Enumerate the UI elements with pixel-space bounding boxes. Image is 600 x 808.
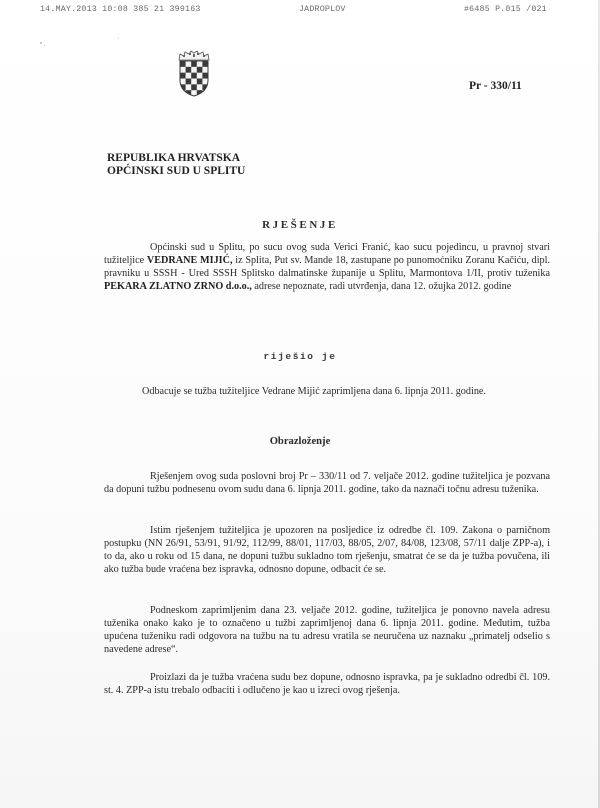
defendant-name: PEKARA ZLATNO ZRNO d.o.o., xyxy=(104,281,252,292)
reasoning-paragraph-text: Rješenjem ovog suda poslovni broj Pr – 3… xyxy=(104,471,550,495)
fax-page-info: #6485 P.015 /021 xyxy=(464,5,547,14)
reasoning-paragraph-text: Proizlazi da je tužba vraćena sudu bez d… xyxy=(104,672,550,696)
scanned-document-page: 14.MAY.2013 10:08 385 21 399163 JADROPLO… xyxy=(0,0,600,808)
verdict-text: Odbacuje se tužba tužiteljice Vedrane Mi… xyxy=(142,386,486,397)
court-name: OPĆINSKI SUD U SPLITU xyxy=(107,165,245,178)
fax-header: 14.MAY.2013 10:08 385 21 399163 JADROPLO… xyxy=(0,3,600,17)
court-heading: REPUBLIKA HRVATSKA OPĆINSKI SUD U SPLITU xyxy=(107,152,245,178)
reasoning-title: Obrazloženje xyxy=(0,436,600,447)
fax-sender: JADROPLOV xyxy=(299,5,346,14)
reasoning-paragraph-text: Istim rješenjem tužiteljica je upozoren … xyxy=(104,525,550,575)
reasoning-paragraph: Proizlazi da je tužba vraćena sudu bez d… xyxy=(104,671,550,697)
scan-speck xyxy=(44,45,45,46)
reasoning-paragraph-text: Podneskom zaprimljenim dana 23. veljače … xyxy=(104,605,550,655)
verdict-label: riješio je xyxy=(0,351,600,362)
case-number: Pr - 330/11 xyxy=(469,80,522,92)
croatian-coat-of-arms-icon xyxy=(176,50,212,98)
scan-speck xyxy=(40,42,42,44)
court-country: REPUBLIKA HRVATSKA xyxy=(107,152,245,165)
scan-speck xyxy=(118,38,119,39)
reasoning-paragraph: Podneskom zaprimljenim dana 23. veljače … xyxy=(104,604,550,656)
document-title: RJEŠENJE xyxy=(0,219,600,231)
reasoning-paragraph: Istim rješenjem tužiteljica je upozoren … xyxy=(104,524,550,576)
reasoning-paragraph: Rješenjem ovog suda poslovni broj Pr – 3… xyxy=(104,470,550,496)
plaintiff-name: VEDRANE MIJIĆ, xyxy=(147,255,233,266)
fax-timestamp: 14.MAY.2013 10:08 385 21 399163 xyxy=(40,5,201,14)
intro-paragraph: Općinski sud u Splitu, po sucu ovog suda… xyxy=(104,241,550,293)
intro-text-3: adrese nepoznate, radi utvrđenja, dana 1… xyxy=(252,281,511,292)
